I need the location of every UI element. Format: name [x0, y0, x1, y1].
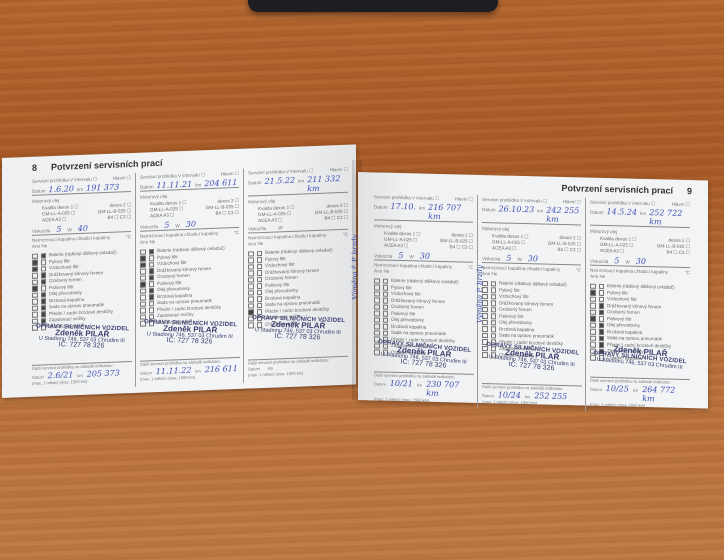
yes-checkbox[interactable] — [140, 262, 146, 268]
b4-c3: B4 ☐ C3 ☐ — [107, 214, 131, 221]
no-checkbox[interactable] — [41, 279, 47, 285]
yes-checkbox[interactable] — [140, 255, 146, 261]
service-date: 11.11.21 — [157, 180, 193, 190]
date-line: Datum17.10.km216 707 km — [374, 201, 473, 222]
oil-quality: Kvalita dexos 1 ☐dexos 2 ☐GM-LL-A-025 ☐G… — [590, 236, 690, 256]
right-columns: Servisní prohlídka V intervalu ☐Hlavní ☐… — [370, 192, 694, 414]
no-checkbox[interactable] — [41, 266, 47, 272]
page-title: Potvrzení servisních prací — [51, 158, 163, 172]
acea: ACEA A3 ☐ — [150, 212, 174, 219]
check-item-label: Pylový filtr — [391, 285, 412, 292]
yes-checkbox[interactable] — [374, 297, 380, 303]
no-checkbox[interactable] — [41, 272, 47, 278]
no-checkbox[interactable] — [149, 262, 155, 268]
date-line: Datum26.10.23km242 255 km — [482, 204, 581, 225]
km-label: km — [195, 182, 201, 188]
main-label: Hlavní ☐ — [455, 196, 473, 202]
yes-checkbox[interactable] — [374, 330, 380, 336]
viscosity-value: 5 — [614, 256, 619, 265]
next-km: 205 373 — [87, 368, 120, 378]
w-value: 30 — [186, 220, 196, 229]
no-checkbox[interactable] — [383, 298, 389, 304]
no-checkbox[interactable] — [491, 333, 497, 339]
no-checkbox[interactable] — [149, 249, 155, 255]
no-checkbox[interactable] — [41, 259, 47, 265]
no-checkbox[interactable] — [491, 313, 497, 319]
yes-checkbox[interactable] — [374, 317, 380, 323]
yes-checkbox[interactable] — [248, 296, 254, 302]
service-book: 8 Potvrzení servisních prací Servisní pr… — [0, 150, 724, 400]
service-entry-3: Servisní prohlídka V intervalu ☐Hlavní ☐… — [244, 165, 352, 383]
acea: ACEA A3 ☐ — [42, 217, 66, 224]
next-service: Další servisní prohlídka na základě indi… — [482, 383, 582, 407]
date-label: Datum — [374, 204, 388, 210]
no-checkbox[interactable] — [383, 278, 389, 284]
celsius-label: °C — [343, 232, 348, 238]
checklist: Baterie (rádiový dálkový ovladač)Pylový … — [32, 249, 131, 331]
no-checkbox[interactable] — [383, 324, 389, 330]
no-checkbox[interactable] — [599, 296, 605, 302]
km-label: km — [640, 211, 646, 217]
yes-checkbox[interactable] — [140, 288, 146, 294]
no-checkbox[interactable] — [149, 288, 155, 294]
viscosity-label: Viskozita — [248, 226, 266, 233]
service-entry-6: Servisní prohlídka V intervalu ☐Hlavní ☐… — [586, 198, 694, 415]
viscosity-line: Viskozita5W30 — [374, 250, 473, 262]
oil-quality: Kvalita dexos 1 ☐dexos 2 ☐GM-LL-A-025 ☐G… — [248, 203, 348, 225]
viscosity-line: Viskozita5W30 — [482, 253, 581, 265]
yes-checkbox[interactable] — [140, 281, 146, 287]
yes-checkbox[interactable] — [32, 260, 38, 266]
yes-checkbox[interactable] — [248, 283, 254, 289]
yes-checkbox[interactable] — [248, 264, 254, 270]
left-page-header: 8 Potvrzení servisních prací — [32, 158, 163, 173]
service-date: 1.6.20 — [49, 184, 74, 194]
yes-checkbox[interactable] — [32, 292, 38, 298]
no-checkbox[interactable] — [257, 257, 263, 263]
yes-checkbox[interactable] — [140, 307, 146, 313]
service-entry-1: Servisní prohlídka V intervalu ☐Hlavní ☐… — [28, 173, 136, 391]
yes-checkbox[interactable] — [590, 283, 596, 289]
no-checkbox[interactable] — [383, 285, 389, 291]
acea: ACEA A3 ☐ — [600, 248, 624, 255]
w-value: 30 — [636, 257, 646, 266]
km-label: km — [537, 208, 543, 214]
no-checkbox[interactable] — [599, 309, 605, 315]
km-label: km — [77, 187, 83, 193]
w-value: 30 — [528, 254, 538, 263]
no-checkbox[interactable] — [383, 304, 389, 310]
viscosity-label: Viskozita — [482, 256, 500, 262]
yes-checkbox[interactable] — [32, 299, 38, 305]
main-label: Hlavní ☐ — [113, 175, 131, 182]
next-km-label: km — [633, 388, 638, 394]
no-checkbox[interactable] — [491, 307, 497, 313]
viscosity-label: Viskozita — [140, 224, 158, 231]
w-value: 30 — [420, 252, 430, 261]
checklist: Baterie (rádiový dálkový ovladač)Pylový … — [140, 245, 239, 327]
right-page: Potvrzení servisních prací 9 Servisní pr… — [358, 172, 708, 409]
yes-checkbox[interactable] — [32, 253, 38, 259]
yes-checkbox[interactable] — [482, 313, 488, 319]
no-checkbox[interactable] — [599, 322, 605, 328]
yes-checkbox[interactable] — [482, 287, 488, 293]
yes-checkbox[interactable] — [32, 273, 38, 279]
oil-row: ACEA A3 ☐B4 ☐ C3 ☐ — [482, 245, 581, 253]
w-label: W — [625, 260, 629, 266]
page-number: 9 — [687, 186, 692, 196]
no-checkbox[interactable] — [257, 264, 263, 270]
no-checkbox[interactable] — [491, 287, 497, 293]
service-km: 204 611 — [204, 178, 237, 188]
no-checkbox[interactable] — [257, 251, 263, 257]
no-checkbox[interactable] — [383, 330, 389, 336]
no-checkbox[interactable] — [491, 281, 497, 287]
no-checkbox[interactable] — [599, 303, 605, 309]
yes-checkbox[interactable] — [374, 304, 380, 310]
yes-checkbox[interactable] — [590, 290, 596, 296]
yes-checkbox[interactable] — [374, 310, 380, 316]
oil-quality: Kvalita dexos 1 ☐dexos 2 ☐GM-LL-A-025 ☐G… — [482, 233, 581, 253]
yes-checkbox[interactable] — [482, 326, 488, 332]
no-checkbox[interactable] — [149, 307, 155, 313]
check-item-label: Pylový filtr — [499, 287, 520, 294]
yes-checkbox[interactable] — [374, 278, 380, 284]
no-checkbox[interactable] — [599, 290, 605, 296]
no-checkbox[interactable] — [149, 294, 155, 300]
yes-checkbox[interactable] — [32, 279, 38, 285]
no-checkbox[interactable] — [41, 305, 47, 311]
yes-checkbox[interactable] — [482, 307, 488, 313]
yes-checkbox[interactable] — [374, 323, 380, 329]
b4-c3: B4 ☐ C3 ☐ — [557, 247, 581, 254]
next-km: 264 772 km — [642, 385, 690, 404]
service-date: 17.10. — [391, 202, 416, 212]
yes-checkbox[interactable] — [590, 335, 596, 341]
b4-c3: B4 ☐ C3 ☐ — [449, 244, 473, 251]
no-checkbox[interactable] — [599, 335, 605, 341]
service-km: 191 373 — [86, 182, 119, 192]
no-checkbox[interactable] — [599, 283, 605, 289]
yes-checkbox[interactable] — [140, 275, 146, 281]
b4-c3: B4 ☐ C3 ☐ — [215, 210, 239, 217]
no-checkbox[interactable] — [257, 309, 263, 315]
yes-checkbox[interactable] — [140, 268, 146, 274]
dark-device-edge — [248, 0, 498, 12]
b4-c3: B4 ☐ C3 ☐ — [324, 215, 348, 222]
w-label: W — [67, 227, 71, 233]
date-line: Datum21.5.22km211 332 km — [248, 174, 348, 197]
yes-checkbox[interactable] — [482, 333, 488, 339]
w-label: W — [517, 257, 521, 263]
main-label: Hlavní ☐ — [563, 199, 581, 205]
service-km: 242 255 km — [546, 206, 581, 225]
service-entry-5: Servisní prohlídka V intervalu ☐Hlavní ☐… — [478, 195, 586, 412]
celsius-label: °C — [234, 230, 239, 236]
celsius-label: °C — [685, 270, 690, 276]
acea: ACEA A3 ☐ — [258, 217, 282, 224]
celsius-label: °C — [468, 265, 473, 271]
date-label: Datum — [140, 184, 154, 191]
date-label: Datum — [590, 210, 604, 216]
next-km: 252 255 — [534, 391, 567, 401]
yes-checkbox[interactable] — [590, 322, 596, 328]
next-service: Další servisní prohlídka na základě indi… — [32, 361, 132, 387]
yes-checkbox[interactable] — [140, 249, 146, 255]
date-label: Datum — [32, 188, 46, 195]
acea: ACEA A3 ☐ — [492, 245, 516, 252]
main-label: Hlavní ☐ — [221, 171, 239, 178]
next-date: 10/21 — [390, 379, 413, 389]
oil-quality: Kvalita dexos 1 ☐dexos 2 ☐GM-LL-A-025 ☐G… — [374, 230, 473, 250]
yes-checkbox[interactable] — [590, 316, 596, 322]
no-checkbox[interactable] — [257, 290, 263, 296]
w-label: W — [278, 225, 282, 231]
no-checkbox[interactable] — [491, 294, 497, 300]
next-date: 10/25 — [606, 384, 629, 394]
service-stamp: OPRAVY SILNIČNÍCH VOZIDELZdeněk PILAŘU S… — [245, 315, 350, 342]
km-label: km — [419, 205, 425, 211]
no-checkbox[interactable] — [491, 320, 497, 326]
service-km: 211 332 km — [307, 174, 348, 194]
yes-checkbox[interactable] — [482, 300, 488, 306]
viscosity-label: Viskozita — [590, 259, 608, 265]
yes-checkbox[interactable] — [140, 294, 146, 300]
no-checkbox[interactable] — [383, 317, 389, 323]
next-service: Další servisní prohlídka na základě indi… — [140, 357, 240, 383]
viscosity-value: 5 — [506, 254, 511, 263]
yes-checkbox[interactable] — [248, 270, 254, 276]
page-number: 8 — [32, 163, 37, 173]
viscosity-value: 5 — [398, 251, 403, 260]
no-checkbox[interactable] — [383, 311, 389, 317]
service-entry-2: Servisní prohlídka V intervalu ☐Hlavní ☐… — [136, 169, 244, 387]
no-checkbox[interactable] — [149, 301, 155, 307]
yes-checkbox[interactable] — [32, 305, 38, 311]
right-page-header: Potvrzení servisních prací 9 — [561, 183, 692, 196]
no-checkbox[interactable] — [41, 292, 47, 298]
w-label: W — [175, 223, 179, 229]
b4-c3: B4 ☐ C3 ☐ — [666, 250, 690, 257]
acea: ACEA A3 ☐ — [384, 243, 408, 250]
yes-checkbox[interactable] — [590, 296, 596, 302]
no-checkbox[interactable] — [383, 291, 389, 297]
yes-checkbox[interactable] — [32, 312, 38, 318]
next-date-label: Datum — [374, 381, 386, 387]
next-km: 216 611 — [205, 364, 238, 374]
no-checkbox[interactable] — [41, 298, 47, 304]
service-km: 216 707 km — [428, 203, 473, 222]
no-checkbox[interactable] — [599, 316, 605, 322]
date-line: Datum14.5.24km252 722 km — [590, 207, 690, 228]
no-checkbox[interactable] — [149, 275, 155, 281]
yes-checkbox[interactable] — [482, 320, 488, 326]
no-checkbox[interactable] — [41, 311, 47, 317]
service-stamp: OPRAVY SILNIČNÍCH VOZIDELZdeněk PILAŘU S… — [137, 319, 242, 346]
yes-checkbox[interactable] — [374, 284, 380, 290]
next-date-label: Datum — [590, 387, 602, 393]
viscosity-label: Viskozita — [32, 228, 50, 235]
oil-quality: Kvalita dexos 1 ☐dexos 2 ☐GM-LL-A-025 ☐G… — [140, 198, 239, 220]
no-checkbox[interactable] — [257, 303, 263, 309]
service-date: 26.10.23 — [499, 204, 535, 214]
no-checkbox[interactable] — [599, 329, 605, 335]
oil-quality: Kvalita dexos 1 ☐dexos 2 ☐GM-LL-A-025 ☐G… — [32, 202, 131, 224]
left-columns: Servisní prohlídka V intervalu ☐Hlavní ☐… — [28, 165, 352, 391]
yes-no-header: Ano Ne — [482, 271, 581, 279]
date-label: Datum — [248, 180, 262, 187]
no-checkbox[interactable] — [41, 253, 47, 259]
no-checkbox[interactable] — [257, 277, 263, 283]
oil-row: ACEA A3 ☐B4 ☐ C3 ☐ — [374, 242, 473, 250]
page-title: Potvrzení servisních prací — [561, 183, 673, 196]
viscosity-line: Viskozita5W30 — [590, 256, 690, 268]
next-km-label: km — [417, 382, 422, 388]
yes-checkbox[interactable] — [482, 281, 488, 287]
yes-checkbox[interactable] — [248, 277, 254, 283]
yes-no-header: Ano Ne — [374, 268, 473, 276]
main-label: Hlavní ☐ — [330, 167, 348, 174]
next-service: Další servisní prohlídka na základě indi… — [248, 356, 348, 379]
service-date: 21.5.22 — [265, 176, 296, 186]
oil-row: ACEA A3 ☐B4 ☐ C3 ☐ — [590, 248, 690, 256]
yes-checkbox[interactable] — [374, 291, 380, 297]
w-value: 40 — [78, 224, 88, 233]
no-checkbox[interactable] — [491, 326, 497, 332]
no-checkbox[interactable] — [149, 268, 155, 274]
next-service: Další servisní prohlídka na základě indi… — [590, 377, 690, 410]
left-page: 8 Potvrzení servisních prací Servisní pr… — [2, 144, 356, 398]
celsius-label: °C — [126, 234, 131, 240]
yes-checkbox[interactable] — [32, 286, 38, 292]
km-label: km — [298, 178, 304, 184]
yes-checkbox[interactable] — [140, 301, 146, 307]
yes-checkbox[interactable] — [590, 309, 596, 315]
yes-checkbox[interactable] — [482, 294, 488, 300]
next-service: Další servisní prohlídka na základě indi… — [374, 371, 474, 404]
no-checkbox[interactable] — [41, 285, 47, 291]
yes-checkbox[interactable] — [248, 257, 254, 263]
viscosity-label: Viskozita — [374, 253, 392, 259]
next-km-label: km — [195, 368, 200, 374]
no-checkbox[interactable] — [491, 300, 497, 306]
celsius-label: °C — [576, 267, 581, 273]
yes-checkbox[interactable] — [590, 329, 596, 335]
no-checkbox[interactable] — [149, 255, 155, 261]
service-stamp: OPRAVY SILNIČNÍCH VOZIDELZdeněk PILAŘU S… — [29, 323, 134, 350]
service-entry-4: Servisní prohlídka V intervalu ☐Hlavní ☐… — [370, 192, 478, 409]
yes-checkbox[interactable] — [248, 251, 254, 257]
date-label: Datum — [482, 207, 496, 213]
no-checkbox[interactable] — [257, 270, 263, 276]
main-label: Hlavní ☐ — [672, 202, 690, 208]
viscosity-value: 5 — [164, 221, 169, 230]
service-date: 14.5.24 — [607, 207, 638, 217]
yes-checkbox[interactable] — [248, 290, 254, 296]
no-checkbox[interactable] — [257, 283, 263, 289]
w-label: W — [409, 254, 413, 260]
no-checkbox[interactable] — [149, 281, 155, 287]
no-checkbox[interactable] — [257, 296, 263, 302]
check-item-label: Pylový filtr — [607, 290, 628, 297]
next-km: 230 707 km — [426, 380, 474, 399]
service-km: 252 722 km — [649, 208, 690, 227]
yes-no-header: Ano Ne — [590, 274, 690, 282]
yes-checkbox[interactable] — [32, 266, 38, 272]
yes-checkbox[interactable] — [248, 303, 254, 309]
yes-checkbox[interactable] — [590, 303, 596, 309]
viscosity-value: 5 — [56, 225, 61, 234]
